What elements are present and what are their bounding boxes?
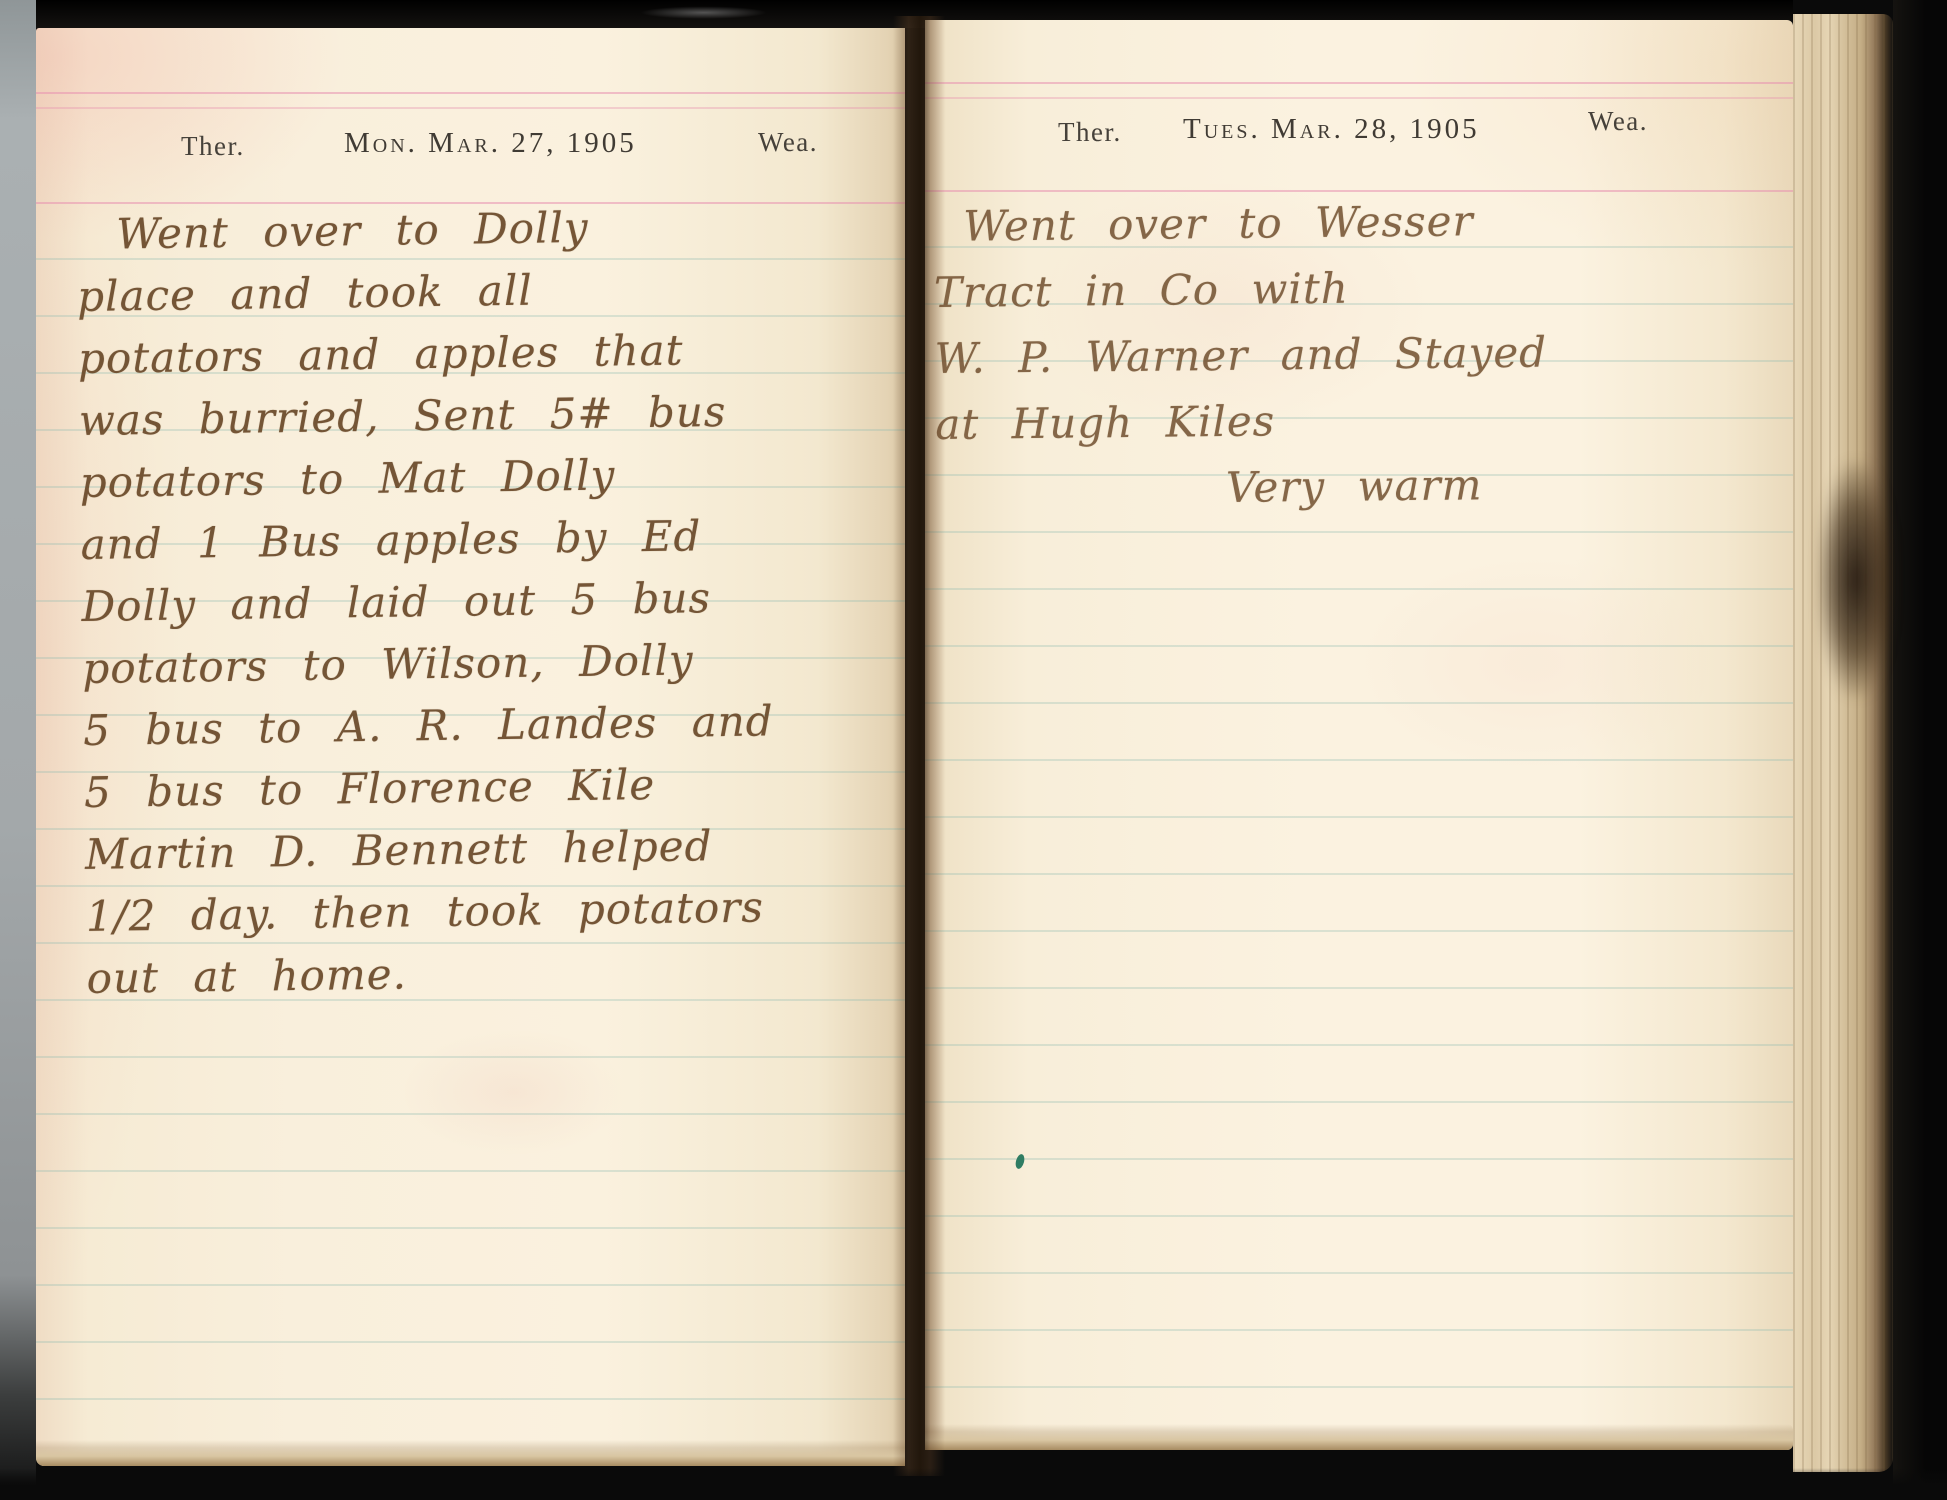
entry-line: Went over to Wesser bbox=[933, 193, 1779, 268]
pink-rule bbox=[925, 190, 1793, 192]
book-cover-right bbox=[1893, 0, 1947, 1500]
entry-line: W. P. Warner and Stayed bbox=[934, 325, 1780, 400]
left-page: Ther. Mon. Mar. 27, 1905 Wea. Went over … bbox=[36, 28, 905, 1466]
entry-line: was burried, Sent 5# bus bbox=[79, 385, 895, 458]
diary-entry: Went over to Dolly place and took all po… bbox=[76, 199, 902, 1016]
entry-line: out at home. bbox=[86, 943, 902, 1016]
entry-line: at Hugh Kiles bbox=[935, 391, 1781, 466]
gutter-shadow bbox=[893, 16, 945, 1476]
ink-speck bbox=[1014, 1153, 1026, 1170]
pink-rule bbox=[36, 107, 905, 109]
entry-line: 1/2 day. then took potators bbox=[86, 881, 902, 954]
book-cover-bottom bbox=[0, 1468, 1947, 1500]
entry-line: and 1 Bus apples by Ed bbox=[80, 509, 896, 582]
date-label: Mon. Mar. 27, 1905 bbox=[344, 127, 637, 160]
entry-line: potators and apples that bbox=[78, 323, 894, 396]
diary-entry: Went over to Wesser Tract in Co with W. … bbox=[933, 193, 1781, 532]
ther-label: Ther. bbox=[1058, 117, 1122, 148]
entry-line: Tract in Co with bbox=[934, 259, 1780, 334]
page-stack-edge bbox=[1793, 14, 1893, 1472]
entry-line: 5 bus to Florence Kile bbox=[84, 757, 900, 830]
entry-line: Martin D. Bennett helped bbox=[85, 819, 901, 892]
entry-line: place and took all bbox=[77, 261, 893, 334]
ther-label: Ther. bbox=[181, 131, 245, 162]
right-page: Ther. Tues. Mar. 28, 1905 Wea. Went over… bbox=[925, 20, 1793, 1450]
weather-note: Very warm bbox=[936, 457, 1782, 532]
stack-shadow-blob bbox=[1819, 462, 1893, 697]
entry-line: Dolly and laid out 5 bus bbox=[81, 571, 897, 644]
pink-rule bbox=[925, 97, 1793, 99]
wea-label: Wea. bbox=[758, 127, 818, 158]
date-label: Tues. Mar. 28, 1905 bbox=[1183, 113, 1480, 146]
scanner-edge bbox=[0, 0, 36, 1500]
entry-line: potators to Mat Dolly bbox=[79, 447, 895, 520]
entry-line: potators to Wilson, Dolly bbox=[82, 633, 898, 706]
entry-line: Went over to Dolly bbox=[76, 199, 892, 272]
pink-rule bbox=[925, 82, 1793, 84]
pink-rule bbox=[36, 92, 905, 94]
diary-scan: Ther. Mon. Mar. 27, 1905 Wea. Went over … bbox=[0, 0, 1947, 1500]
wea-label: Wea. bbox=[1588, 106, 1648, 137]
entry-line: 5 bus to A. R. Landes and bbox=[83, 695, 899, 768]
